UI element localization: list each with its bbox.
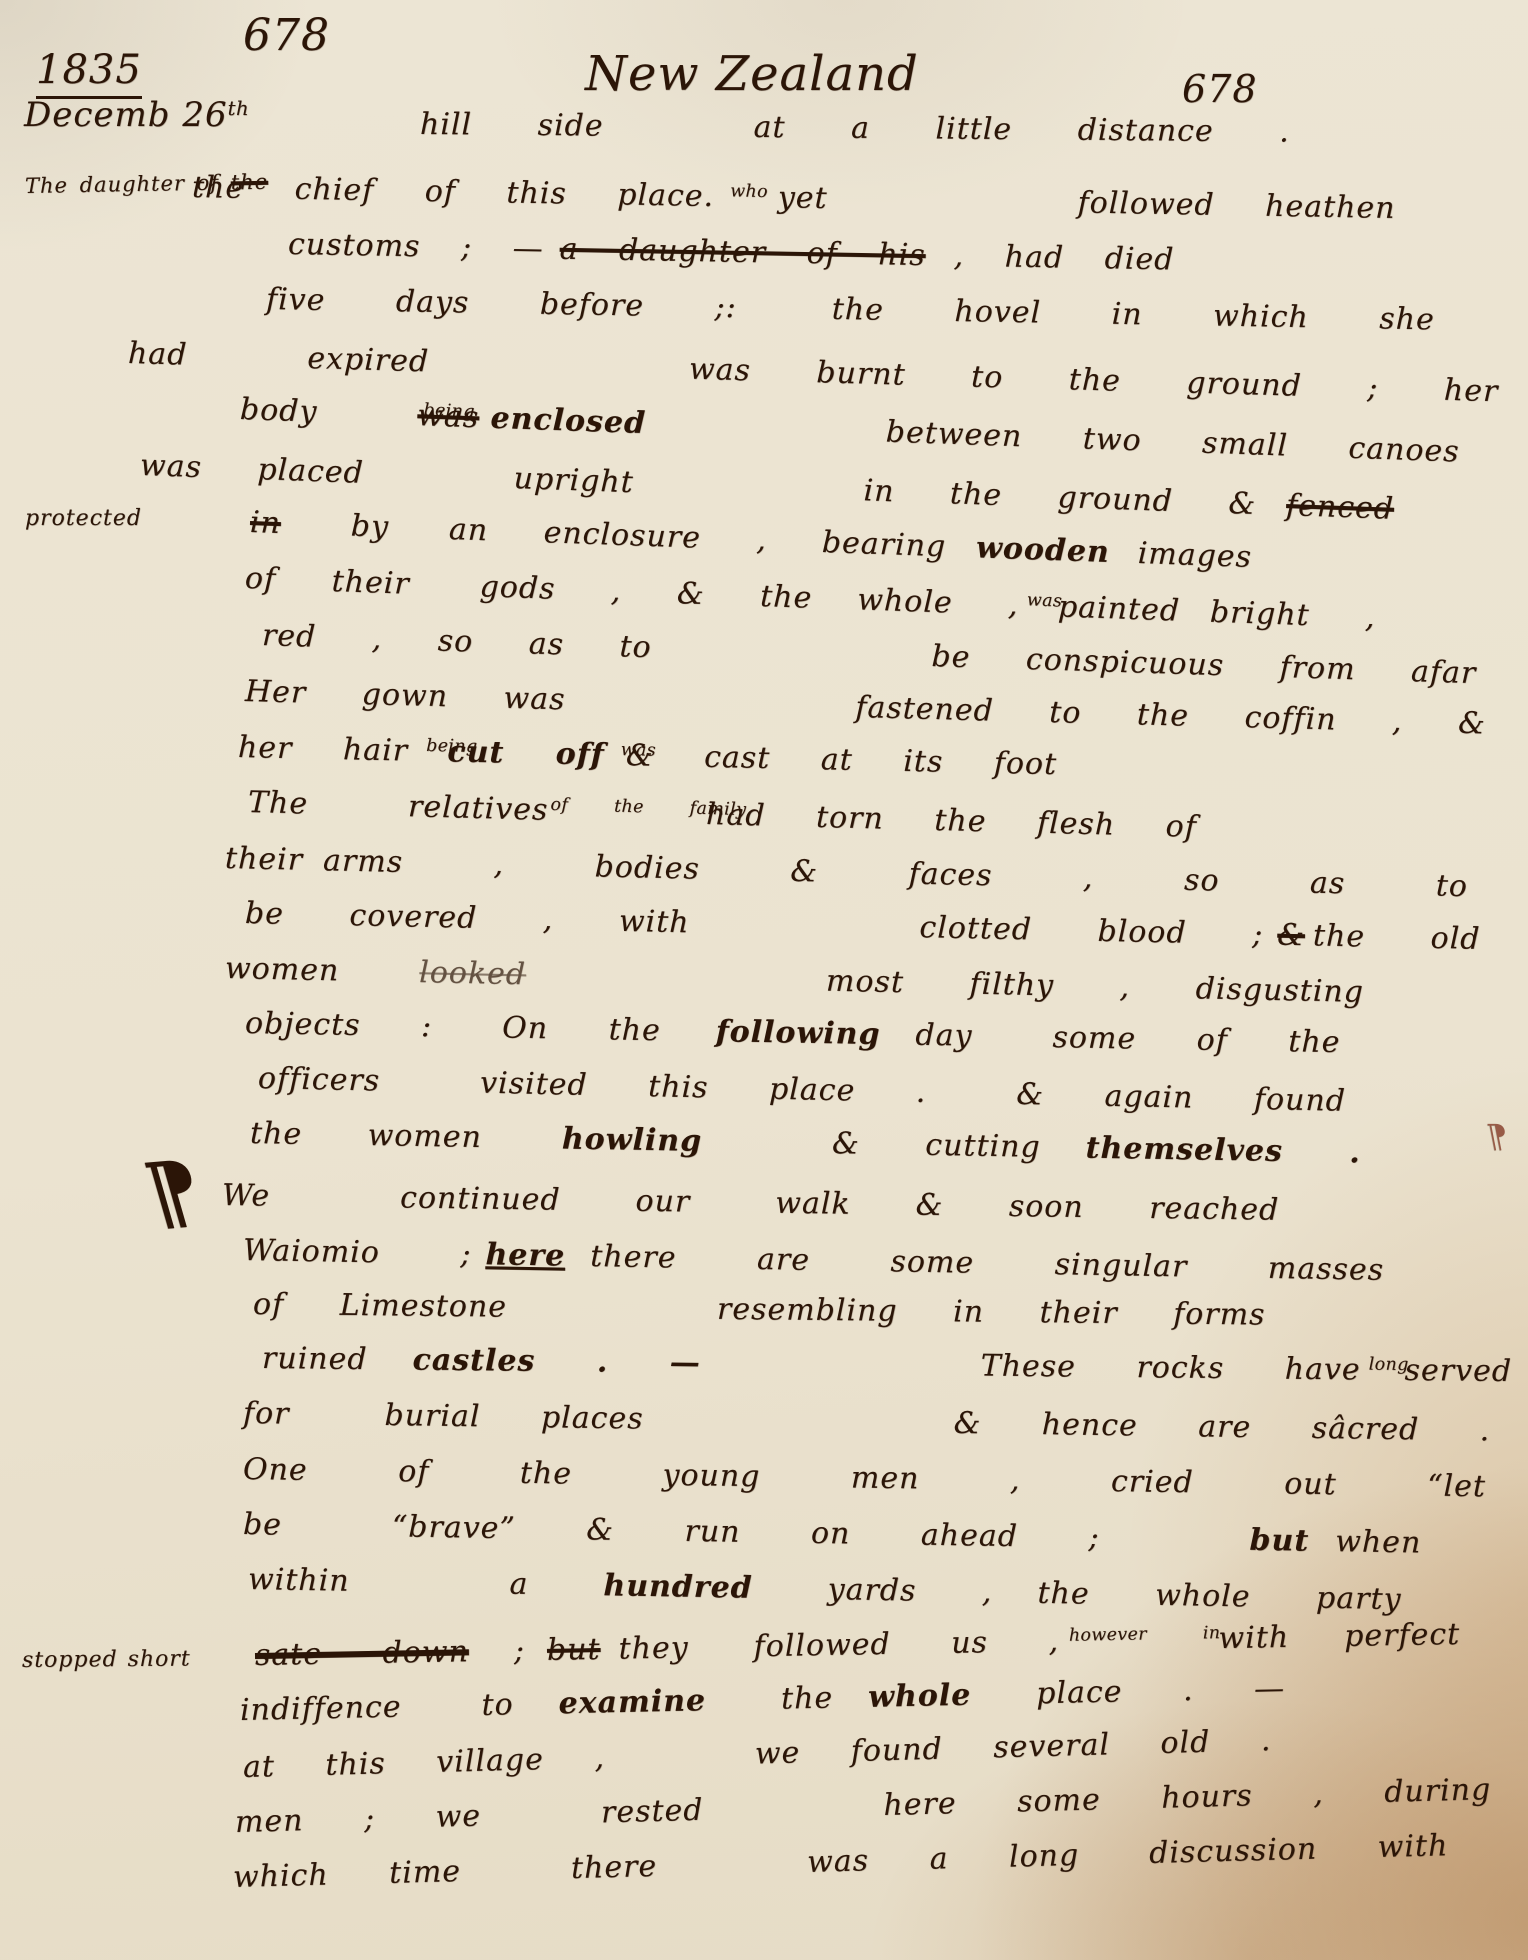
text-segment: officers [258, 1061, 381, 1099]
text-segment: the chief of this place. [192, 170, 715, 214]
deleted-text: in [249, 505, 281, 541]
handwritten-line-16: theirarms , bodies & faces , so as to [225, 844, 1469, 902]
text-segment: & soon reached [915, 1188, 1279, 1228]
text-segment: had torn the flesh of [706, 797, 1198, 845]
text-segment: by [350, 509, 389, 545]
text-segment: painted [1057, 589, 1180, 628]
text-segment: hill side [420, 107, 604, 144]
deleted-text: & [1277, 918, 1305, 954]
handwritten-line-30: be“brave” & run on ahead ;butwhen [243, 1510, 1422, 1559]
text-segment: bright , [1209, 595, 1376, 636]
text-segment: “brave” & run on ahead ; [392, 1509, 1100, 1555]
text-segment: between two small canoes [885, 415, 1460, 470]
text-segment: One of the young men , cried out “let us [243, 1452, 1528, 1506]
text-segment: Waiomio ; [243, 1233, 472, 1272]
inserted-text: however in [1069, 1624, 1221, 1647]
text-segment: bearing [821, 525, 946, 564]
text-segment: our [635, 1184, 690, 1220]
text-segment: within [248, 1562, 350, 1599]
margin-note-protected: protected [25, 508, 142, 530]
text-segment: customs ; — [288, 227, 544, 266]
text-segment: On the [502, 1010, 661, 1048]
text-segment: was placed [139, 448, 364, 491]
text-segment: & cutting [832, 1126, 1041, 1165]
text-segment: was burnt to the ground ; her [689, 352, 1499, 410]
margin-note-stopped-short: stopped short [22, 1649, 191, 1672]
handwritten-line-3: the chief of this place.whoyetfollowed h… [192, 173, 1396, 224]
handwritten-line-25: Waiomio ;herethere are some singular mas… [243, 1236, 1385, 1286]
text-segment: the whole party [1037, 1576, 1402, 1617]
inserted-text: being [423, 401, 475, 423]
text-segment: arms , bodies & faces , so as to [323, 843, 1469, 904]
text-segment: & cast at its foot [626, 738, 1058, 782]
inserted-text: who [730, 182, 768, 203]
page-number-right: 678 [1182, 70, 1258, 108]
handwritten-line-27: ruinedcastles . —These rocks havelongser… [262, 1344, 1512, 1387]
text-segment: visited this place . [480, 1066, 927, 1110]
text-segment: resembling in their forms [717, 1292, 1266, 1333]
handwritten-line-7: bodywasbeingenclosedbetween two small ca… [239, 395, 1460, 468]
text-segment: yet [778, 180, 828, 216]
year-text: 1835 [36, 47, 142, 99]
text-segment: had [128, 336, 188, 373]
text-segment: whole [868, 1678, 972, 1715]
text-segment: enclosed [490, 401, 647, 441]
text-segment: objects : [245, 1006, 433, 1044]
text-segment: yards , [827, 1572, 992, 1610]
text-segment: clotted blood ; [919, 910, 1264, 952]
paragraph-symbol: ¶ [144, 1149, 204, 1235]
text-segment: These rocks have [981, 1349, 1361, 1388]
text-segment: a [509, 1567, 528, 1602]
handwritten-line-17: be covered , withclotted blood ;&the old [245, 899, 1481, 955]
text-segment: be conspicuous from afar . [931, 639, 1528, 693]
text-segment: the hovel in which she [831, 292, 1435, 338]
handwritten-line-31: withinahundredyards ,the whole party [248, 1565, 1402, 1615]
handwritten-line-37: which timetherewas a longdiscussion with [233, 1831, 1449, 1893]
text-segment: her hair [238, 730, 409, 769]
text-segment: perfect [1344, 1617, 1461, 1654]
text-segment: indiffence [240, 1690, 402, 1728]
handwritten-line-13: Her gown wasfastened to the coffin , & [245, 677, 1487, 739]
text-segment: gods , & the [479, 569, 813, 616]
handwritten-line-36: men ; werestedhere some hours , during [235, 1775, 1492, 1838]
text-segment: red , so as to [261, 618, 652, 665]
handwritten-line-10: inbyan enclosure ,bearingwoodenimages [249, 508, 1252, 573]
text-segment: & again found [1016, 1077, 1346, 1119]
date-heading: Decemb 26th [24, 98, 249, 132]
text-segment: discussion with [1149, 1828, 1449, 1871]
text-segment: examine [558, 1683, 706, 1721]
text-segment: with [1218, 1620, 1289, 1656]
text-segment: some of the [1052, 1020, 1341, 1060]
text-segment: women [225, 951, 340, 988]
paragraph-end-mark: ¶ [1487, 1120, 1508, 1152]
text-segment: of Limestone [253, 1287, 507, 1325]
text-segment: following [715, 1014, 880, 1052]
text-segment: they [618, 1630, 689, 1666]
text-segment: followed us , [753, 1624, 1059, 1664]
handwritten-line-15: Therelativesof the familyhad torn the fl… [248, 788, 1198, 843]
handwritten-line-2: hill sideat a little distance . [420, 110, 1290, 148]
text-segment: day [915, 1018, 973, 1054]
text-segment: there [571, 1849, 658, 1886]
handwritten-line-24: Wecontinuedourwalk& soon reached [222, 1181, 1280, 1226]
handwritten-line-20: officersvisited this place .& again foun… [258, 1064, 1347, 1117]
text-segment: whole , [857, 582, 1020, 623]
text-segment: rested [601, 1793, 704, 1831]
text-segment: stopped short [22, 1647, 191, 1673]
text-segment: to [481, 1687, 514, 1723]
text-segment: there are some singular masses [590, 1239, 1384, 1288]
paragraph-mark: ¶ [147, 1150, 203, 1235]
text-segment: followed heathen [1077, 185, 1396, 226]
text-segment: hundred [603, 1568, 753, 1606]
handwritten-line-26: of Limestoneresembling in their forms [253, 1290, 1266, 1331]
text-segment: body [239, 392, 318, 430]
handwritten-line-4: customs ; —a daughter of his, had died [288, 230, 1175, 275]
page-number-top: 678 [243, 14, 330, 58]
text-segment: Her gown was [245, 674, 566, 717]
text-segment: We [222, 1178, 271, 1214]
text-segment: continued [400, 1180, 561, 1217]
date-ordinal: th [228, 97, 249, 120]
text-segment: an enclosure , [448, 512, 767, 558]
year-heading: 1835 [36, 50, 142, 90]
deleted-text: sate down [255, 1634, 469, 1673]
text-segment: images [1137, 536, 1252, 575]
handwritten-line-14: her hairbeingcut offwas& cast at its foo… [238, 733, 1058, 780]
text-segment: when [1335, 1524, 1422, 1560]
handwritten-line-18: womenlookedmost filthy , disgusting [225, 954, 1365, 1008]
text-segment: walk [775, 1186, 851, 1222]
deleted-text: but [547, 1632, 601, 1668]
manuscript-page: 678 1835 New Zealand 678 Decemb 26th The… [0, 0, 1528, 1960]
handwritten-line-6: hadexpiredwas burnt to the ground ; her [128, 339, 1499, 407]
text-segment: expired [307, 341, 430, 379]
text-segment: here [485, 1237, 565, 1273]
text-segment: but [1249, 1523, 1309, 1559]
text-segment: men ; we [235, 1799, 482, 1840]
text-segment: protected [25, 506, 142, 531]
deleted-text: fenced [1286, 488, 1395, 527]
text-segment: castles . — [412, 1343, 701, 1381]
text-segment: place . — [1036, 1671, 1286, 1711]
text-segment: fastened to the coffin , & [855, 690, 1486, 741]
inserted-text: long [1369, 1355, 1409, 1375]
text-segment: ; [514, 1633, 526, 1668]
text-segment: served [1404, 1353, 1512, 1389]
text-segment: cut off [447, 734, 605, 772]
text-segment: upright [513, 461, 634, 500]
text-segment: five days before ;: [266, 282, 737, 325]
handwritten-line-33: sate down;buttheyfollowed us ,however in… [255, 1620, 1461, 1671]
text-segment: be covered , with [245, 896, 690, 940]
text-segment: wooden [976, 530, 1111, 570]
text-segment: howling [562, 1121, 703, 1158]
handwritten-line-19: objects :On thefollowingdaysome of the [245, 1009, 1341, 1058]
text-segment: the women [250, 1116, 483, 1155]
text-segment: themselves . [1085, 1131, 1361, 1171]
text-segment: we found several old . [754, 1723, 1271, 1772]
handwritten-line-34: indiffencetoexaminethewholeplace . — [240, 1674, 1286, 1726]
date-text: Decemb 26 [24, 95, 228, 135]
handwritten-line-5: five days before ;:the hovel in which sh… [266, 285, 1435, 335]
text-segment: relatives [408, 789, 549, 828]
text-segment: burial places [384, 1398, 644, 1437]
deleted-text: a daughter of his [559, 232, 926, 273]
text-segment: most filthy , disgusting [826, 964, 1365, 1010]
paragraph-symbol: ¶ [1487, 1120, 1508, 1152]
text-segment: in the ground & [863, 473, 1257, 522]
text-segment: here some hours , during [883, 1772, 1492, 1823]
text-segment: was a long [807, 1838, 1080, 1880]
text-segment: at this village , [243, 1741, 606, 1785]
handwritten-line-35: at this village ,we found several old . [243, 1726, 1272, 1783]
text-segment: The [248, 785, 309, 822]
text-segment: which time [233, 1854, 462, 1895]
text-segment: at a little distance . [753, 110, 1289, 150]
text-segment: of their [244, 561, 410, 602]
text-segment: the [781, 1681, 834, 1717]
text-segment: looked [419, 955, 527, 992]
text-segment: & hence are sâcred . [953, 1406, 1490, 1448]
text-segment: for [243, 1396, 290, 1432]
text-segment: , had died [953, 239, 1174, 278]
inserted-text: was [1026, 591, 1062, 612]
text-segment: be [243, 1507, 283, 1543]
text-segment: their [225, 841, 304, 878]
handwritten-line-29: One of the young men , cried out “let us [243, 1455, 1528, 1504]
text-segment: ruined [262, 1341, 368, 1377]
handwritten-line-21: the womenhowling& cuttingthemselves . [250, 1119, 1361, 1168]
text-segment: the old [1313, 918, 1481, 957]
page-title: New Zealand [585, 50, 919, 98]
handwritten-line-28: forburial places& hence are sâcred . [243, 1399, 1491, 1446]
